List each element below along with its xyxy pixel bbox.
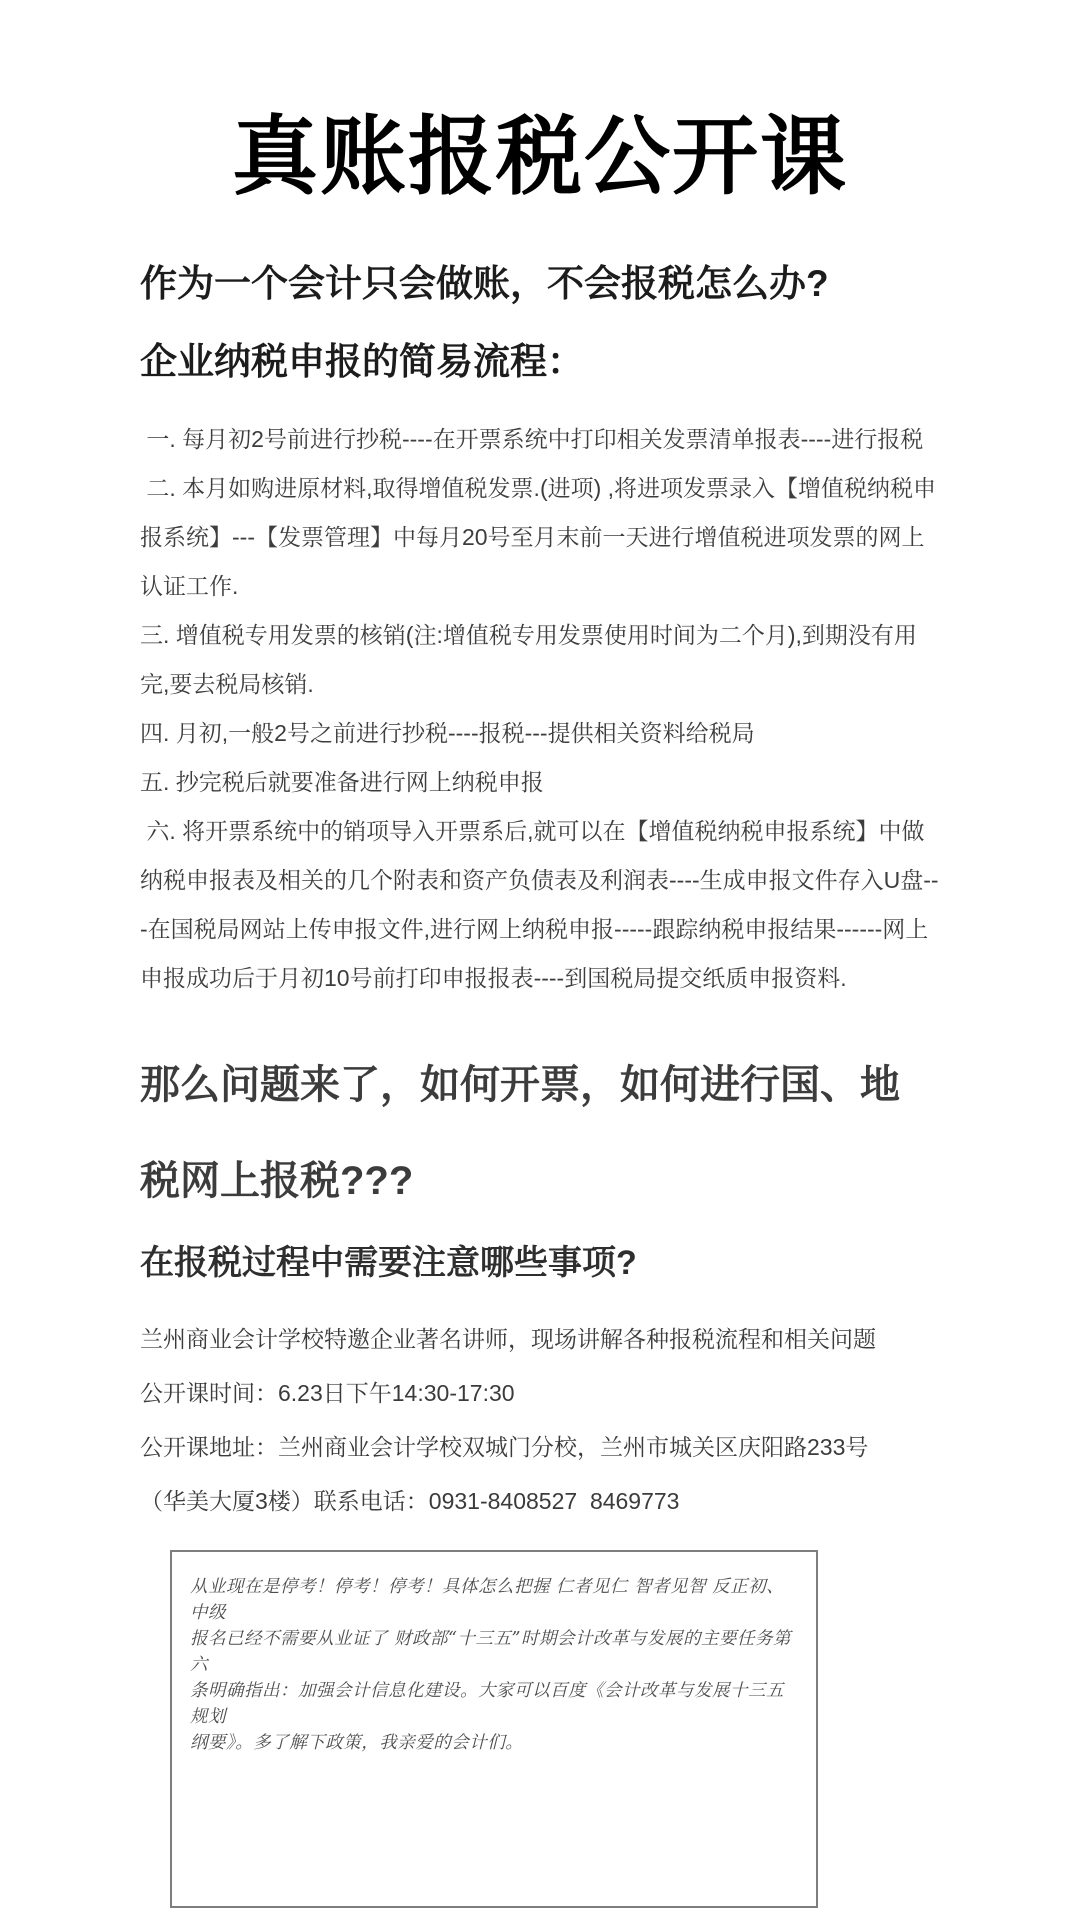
handwritten-line-1: 从业现在是停考！停考！停考！具体怎么把握 仁者见仁 智者见智 反正初、中级 bbox=[190, 1574, 800, 1626]
page-title: 真账报税公开课 bbox=[140, 108, 940, 207]
document-page: 真账报税公开课 作为一个会计只会做账，不会报税怎么办? 企业纳税申报的简易流程：… bbox=[0, 0, 1080, 1920]
class-time: 公开课时间：6.23日下午14:30-17:30 bbox=[140, 1366, 940, 1420]
class-info-block: 兰州商业会计学校特邀企业著名讲师，现场讲解各种报税流程和相关问题 公开课时间：6… bbox=[140, 1312, 940, 1528]
process-step-2: 二. 本月如购进原材料,取得增值税发票.(进项) ,将进项发票录入【增值税纳税申… bbox=[140, 464, 940, 611]
document-content: 真账报税公开课 作为一个会计只会做账，不会报税怎么办? 企业纳税申报的简易流程：… bbox=[0, 0, 1080, 1908]
intro-question: 作为一个会计只会做账，不会报税怎么办? bbox=[140, 253, 940, 307]
notes-heading: 在报税过程中需要注意哪些事项? bbox=[140, 1235, 940, 1284]
process-step-6: 六. 将开票系统中的销项导入开票系后,就可以在【增值税纳税申报系统】中做纳税申报… bbox=[140, 807, 940, 1003]
handwritten-line-2: 报名已经不需要从业证了 财政部“十三五”时期会计改革与发展的主要任务第六 bbox=[190, 1626, 800, 1678]
handwritten-line-4: 纲要》。多了解下政策，我亲爱的会计们。 bbox=[190, 1730, 800, 1756]
process-step-4: 四. 月初,一般2号之前进行抄税----报税---提供相关资料给税局 bbox=[140, 709, 940, 758]
process-step-3: 三. 增值税专用发票的核销(注:增值税专用发票使用时间为二个月),到期没有用完,… bbox=[140, 611, 940, 709]
followup-question: 那么问题来了，如何开票，如何进行国、地税网上报税??? bbox=[140, 1037, 920, 1229]
process-steps-list: 一. 每月初2号前进行抄税----在开票系统中打印相关发票清单报表----进行报… bbox=[140, 415, 940, 1003]
process-step-5: 五. 抄完税后就要准备进行网上纳税申报 bbox=[140, 758, 940, 807]
handwritten-note-image: 从业现在是停考！停考！停考！具体怎么把握 仁者见仁 智者见智 反正初、中级 报名… bbox=[170, 1550, 818, 1908]
class-address: 公开课地址：兰州商业会计学校双城门分校，兰州市城关区庆阳路233号（华美大厦3楼… bbox=[140, 1420, 880, 1528]
process-heading: 企业纳税申报的简易流程： bbox=[140, 331, 940, 385]
lecturer-info: 兰州商业会计学校特邀企业著名讲师，现场讲解各种报税流程和相关问题 bbox=[140, 1312, 940, 1366]
process-step-1: 一. 每月初2号前进行抄税----在开票系统中打印相关发票清单报表----进行报… bbox=[140, 415, 940, 464]
handwritten-line-3: 条明确指出：加强会计信息化建设。大家可以百度《会计改革与发展十三五规划 bbox=[190, 1678, 800, 1730]
